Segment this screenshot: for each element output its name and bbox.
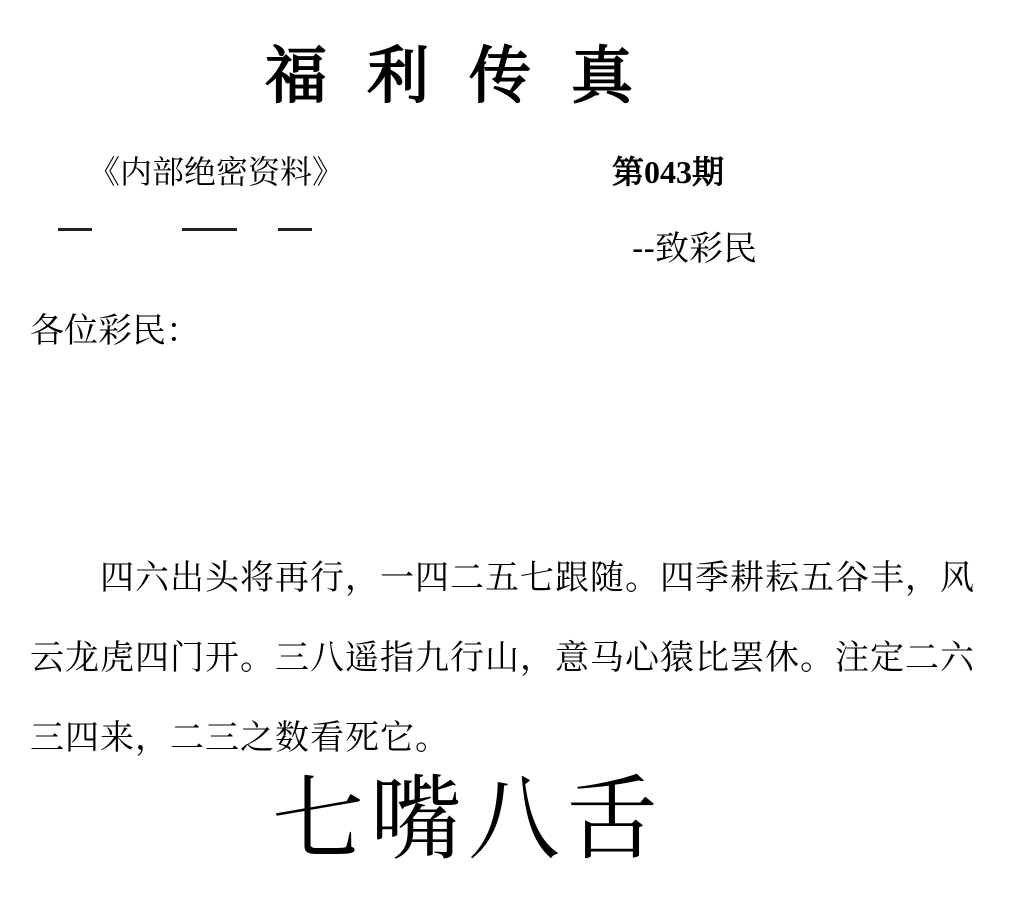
issue-prefix: 第 [612, 153, 644, 191]
body-paragraph: 四六出头将再行，一四二五七跟随。四季耕耘五谷丰，风云龙虎四门开。三八遥指九行山，… [30, 538, 990, 778]
document-subtitle: 《内部绝密资料》 [88, 150, 344, 194]
cropped-text-fragment [278, 228, 312, 231]
issue-value: 043 [644, 154, 692, 190]
salutation: 各位彩民： [30, 308, 200, 354]
document-title: 福利传真 [265, 36, 673, 116]
issue-number: 第043期 [612, 150, 724, 194]
footer-phrase: 七嘴八舌 [272, 765, 664, 875]
issue-suffix: 期 [692, 153, 724, 191]
addressee: --致彩民 [632, 226, 757, 272]
cropped-text-fragment [182, 228, 237, 231]
cropped-text-fragment [58, 228, 92, 231]
